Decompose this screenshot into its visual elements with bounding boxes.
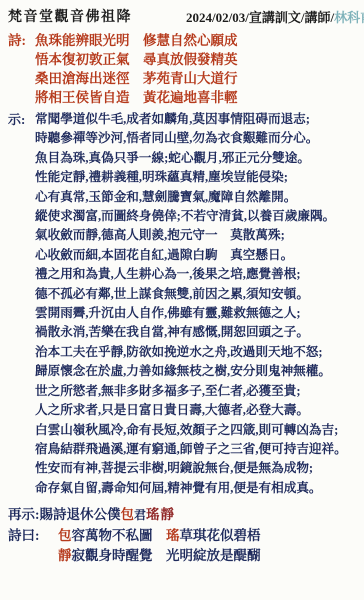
instruction-line: 德不孤必有鄰,世上謀食無雙,前因之累,須知安頓。	[35, 285, 347, 304]
receiver-given-name: 瑤靜	[146, 507, 175, 522]
document-page: 梵音堂觀音佛祖降 2024/02/03/宣講訓文/講師/林科甫 詩: 魚珠能辨眼…	[0, 0, 364, 600]
instruction-line: 縱使求濁富,而圖終身僥倖;不若守清貧,以養百歲廉隅。	[35, 207, 347, 226]
closing-poem-section: 詩曰: 包容萬物不私圖 瑤草琪花似碧梧 靜寂觀身時醒覺 光明綻放是醍醐	[8, 526, 364, 565]
verse-text: 寂觀身時醒覺	[72, 548, 167, 563]
document-meta: 2024/02/03/宣講訓文/講師/林科甫	[186, 7, 364, 26]
poem-line: 將相王侯皆自造 黃花遍地喜非輕	[35, 88, 238, 107]
honorific-char: 君	[134, 508, 146, 522]
verse-text: 光明綻放是醍醐	[166, 548, 261, 563]
poem-lines: 魚珠能辨眼光明 修慧自然心願成 悟本復初敦正氣 尋真放假發精英 桑田滄海出迷徑 …	[35, 31, 238, 107]
instruction-lines: 常聞學道似牛毛,成者如麟角,莫因事情阻碍而退志; 時聽參禪等沙河,悟者同山壁,勿…	[35, 110, 347, 498]
receiver-surname: 包	[121, 507, 135, 522]
instruction-label: 示:	[8, 110, 35, 129]
instruction-line: 宿鳥結群飛過溪,運有窮通,師曾子之三省,便可持吉迎祥。	[35, 440, 347, 459]
instruction-line: 心有真常,玉節金和,慧劍騰寶氣,魔障自然離開。	[35, 188, 347, 207]
instruction-section: 示: 常聞學道似牛毛,成者如麟角,莫因事情阻碍而退志; 時聽參禪等沙河,悟者同山…	[8, 110, 364, 498]
acrostic-char: 瑤	[166, 528, 180, 543]
lecturer-name: 林科甫	[334, 10, 364, 25]
instruction-line: 雲開雨霽,升沉由人自作,佛雖有靈,難救無德之人;	[35, 304, 347, 323]
closing-poem-label: 詩曰:	[8, 526, 58, 546]
instruction-line: 心收斂而細,本固花自紅,過隙白駒 真空懸日。	[35, 246, 347, 265]
acrostic-char: 靜	[58, 548, 72, 563]
poem-label: 詩:	[8, 31, 35, 50]
instruction-line: 時聽參禪等沙河,悟者同山壁,勿為衣食艱難而分心。	[35, 129, 347, 148]
second-instruction-prefix: 賜詩退休公僕	[40, 507, 121, 522]
instruction-line: 魚目為珠,真偽只爭一線;蛇心觀月,邪正元分雙途。	[35, 149, 347, 168]
instruction-line: 常聞學道似牛毛,成者如麟角,莫因事情阻碍而退志;	[35, 110, 347, 129]
instruction-line: 命存氣自留,壽命知何屆,精神覺有用,便是有相成真。	[35, 479, 347, 498]
poem-line: 桑田滄海出迷徑 茅苑青山大道行	[35, 69, 238, 88]
instruction-line: 白雲山嶺秋風冷,命有長短,效顏子之四箴,則可轉凶為吉;	[35, 421, 347, 440]
instruction-line: 治本工夫在乎靜,防欲如挽逆水之舟,改過則天地不怒;	[35, 343, 347, 362]
second-instruction-line: 再示:賜詩退休公僕包君瑤靜	[8, 505, 364, 525]
poem-line: 魚珠能辨眼光明 修慧自然心願成	[35, 31, 238, 50]
instruction-line: 禮之用和為貴,人生耕心為一,後果之培,應覺善根;	[35, 265, 347, 284]
second-instruction-label: 再示:	[8, 507, 40, 522]
date-and-type: 2024/02/03/宣講訓文/講師/	[186, 10, 334, 25]
instruction-line: 氣收斂而靜,德高人則羨,抱元守一 莫散萬殊;	[35, 226, 347, 245]
instruction-line: 性能定靜,禮耕義種,明珠蘊真精,塵埃豈能侵染;	[35, 168, 347, 187]
instruction-line: 人之所求者,只是日富日貴日壽,大德者,必登大壽。	[35, 401, 347, 420]
document-header: 梵音堂觀音佛祖降 2024/02/03/宣講訓文/講師/林科甫	[8, 6, 364, 28]
acrostic-char: 包	[58, 528, 72, 543]
instruction-line: 禍散永消,苦樂在我自當,神有感慨,開恕回頭之子。	[35, 323, 347, 342]
verse-text: 容萬物不私圖	[72, 528, 167, 543]
verse-text: 草琪花似碧梧	[180, 528, 261, 543]
instruction-line: 性安而有神,菩提云非樹,明鏡說無台,便是無為成物;	[35, 459, 347, 478]
poem-line: 悟本復初敦正氣 尋真放假發精英	[35, 50, 238, 69]
closing-poem-line: 包容萬物不私圖 瑤草琪花似碧梧	[58, 526, 261, 546]
opening-poem-section: 詩: 魚珠能辨眼光明 修慧自然心願成 悟本復初敦正氣 尋真放假發精英 桑田滄海出…	[8, 31, 364, 107]
page-title: 梵音堂觀音佛祖降	[8, 10, 132, 25]
instruction-line: 世之所慾者,無非多財多福多子,至仁者,必獲至貴;	[35, 382, 347, 401]
closing-poem-line: 靜寂觀身時醒覺 光明綻放是醍醐	[58, 546, 261, 566]
instruction-line: 歸原懷念在於虛,力善如緣無枝之樹,安分則鬼神無權。	[35, 362, 347, 381]
closing-poem-lines: 包容萬物不私圖 瑤草琪花似碧梧 靜寂觀身時醒覺 光明綻放是醍醐	[58, 526, 261, 565]
